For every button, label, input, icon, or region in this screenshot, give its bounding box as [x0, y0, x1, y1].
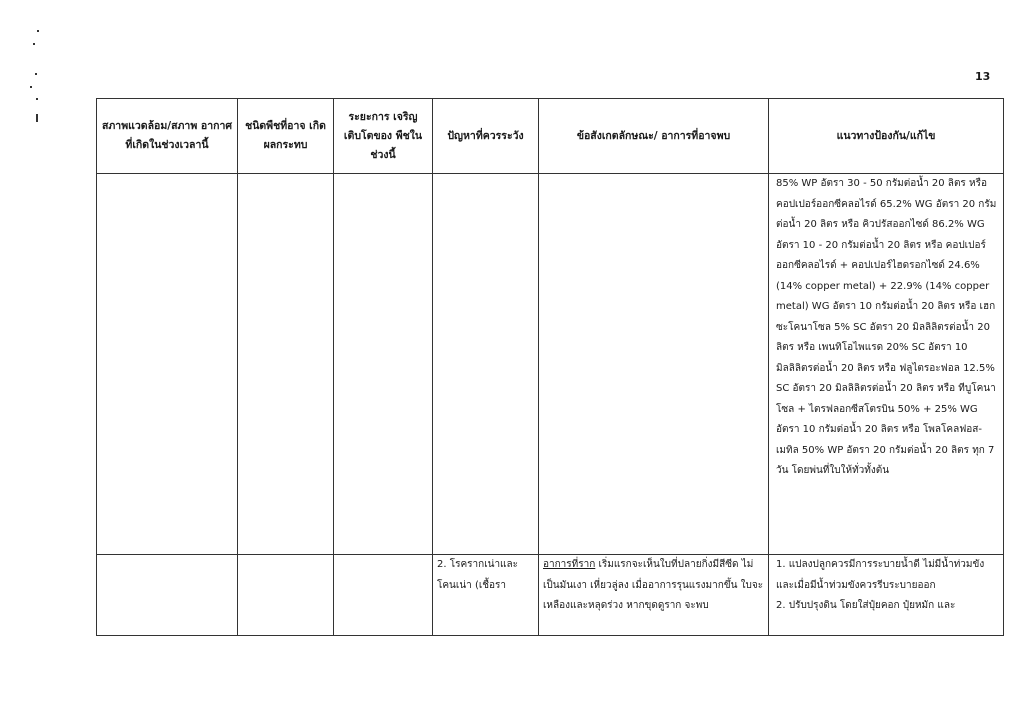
- cell-solution: 85% WP อัตรา 30 - 50 กรัมต่อน้ำ 20 ลิตร …: [769, 174, 1004, 555]
- cell-environment: [97, 555, 238, 636]
- cell-stage: [334, 174, 433, 555]
- cell-solution: 1. แปลงปลูกควรมีการระบายน้ำดี ไม่มีน้ำท่…: [769, 555, 1004, 636]
- header-row: สภาพแวดล้อม/สภาพ อากาศที่เกิดในช่วงเวลาน…: [97, 99, 1004, 174]
- scan-specks: [28, 28, 38, 158]
- page-number: 13: [975, 70, 990, 83]
- header-environment: สภาพแวดล้อม/สภาพ อากาศที่เกิดในช่วงเวลาน…: [97, 99, 238, 174]
- cell-problem: [433, 174, 539, 555]
- header-problem: ปัญหาที่ควรระวัง: [433, 99, 539, 174]
- header-crop: ชนิดพืชที่อาจ เกิดผลกระทบ: [238, 99, 334, 174]
- cell-environment: [97, 174, 238, 555]
- cell-problem: 2. โรครากเน่าและ โคนเน่า (เชื้อรา: [433, 555, 539, 636]
- cell-crop: [238, 174, 334, 555]
- header-symptoms: ข้อสังเกตลักษณะ/ อาการที่อาจพบ: [539, 99, 769, 174]
- cell-symptoms: อาการที่ราก เริ่มแรกจะเห็นใบที่ปลายกิ่งม…: [539, 555, 769, 636]
- cell-stage: [334, 555, 433, 636]
- guidance-table: สภาพแวดล้อม/สภาพ อากาศที่เกิดในช่วงเวลาน…: [96, 98, 1004, 636]
- cell-symptoms: [539, 174, 769, 555]
- cell-crop: [238, 555, 334, 636]
- symptoms-label: อาการที่ราก: [543, 559, 595, 570]
- header-solution: แนวทางป้องกัน/แก้ไข: [769, 99, 1004, 174]
- table-row: 85% WP อัตรา 30 - 50 กรัมต่อน้ำ 20 ลิตร …: [97, 174, 1004, 555]
- table-row: 2. โรครากเน่าและ โคนเน่า (เชื้อรา อาการท…: [97, 555, 1004, 636]
- header-stage: ระยะการ เจริญเติบโตของ พืชในช่วงนี้: [334, 99, 433, 174]
